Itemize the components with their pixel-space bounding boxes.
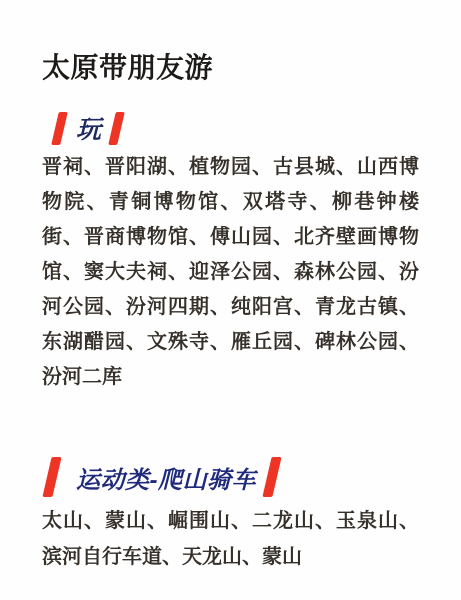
section-label-play: 玩 bbox=[76, 110, 101, 146]
page-title: 太原带朋友游 bbox=[42, 46, 213, 86]
list-line: 东湖醋园、文殊寺、雁丘园、碑林公园、 bbox=[42, 325, 419, 360]
section-label-sport: 运动类-爬山骑车 bbox=[76, 460, 256, 495]
red-slash-icon bbox=[51, 112, 68, 145]
red-slash-icon bbox=[262, 457, 281, 497]
sport-places-list: 太山、蒙山、崛围山、二龙山、玉泉山、 滨河自行车道、天龙山、蒙山 bbox=[42, 503, 419, 575]
play-places-list: 晋祠、晋阳湖、植物园、古县城、山西博 物院、青铜博物馆、双塔寺、柳巷钟楼 街、晋… bbox=[42, 150, 419, 395]
list-line: 滨河自行车道、天龙山、蒙山 bbox=[42, 539, 419, 575]
note-page: 太原带朋友游 玩 晋祠、晋阳湖、植物园、古县城、山西博 物院、青铜博物馆、双塔寺… bbox=[0, 0, 461, 600]
red-slash-icon bbox=[108, 112, 125, 145]
list-line: 太山、蒙山、崛围山、二龙山、玉泉山、 bbox=[42, 503, 419, 539]
list-line: 汾河二库 bbox=[42, 360, 419, 395]
list-line: 晋祠、晋阳湖、植物园、古县城、山西博 bbox=[42, 150, 419, 185]
red-slash-icon bbox=[42, 457, 61, 497]
section-header-sport: 运动类-爬山骑车 bbox=[47, 456, 277, 498]
list-line: 街、晋商博物馆、傅山园、北齐壁画博物 bbox=[42, 220, 419, 255]
list-line: 河公园、汾河四期、纯阳宫、青龙古镇、 bbox=[42, 290, 419, 325]
section-header-play: 玩 bbox=[55, 110, 121, 146]
list-line: 馆、窦大夫祠、迎泽公园、森林公园、汾 bbox=[42, 255, 419, 290]
list-line: 物院、青铜博物馆、双塔寺、柳巷钟楼 bbox=[42, 185, 419, 220]
